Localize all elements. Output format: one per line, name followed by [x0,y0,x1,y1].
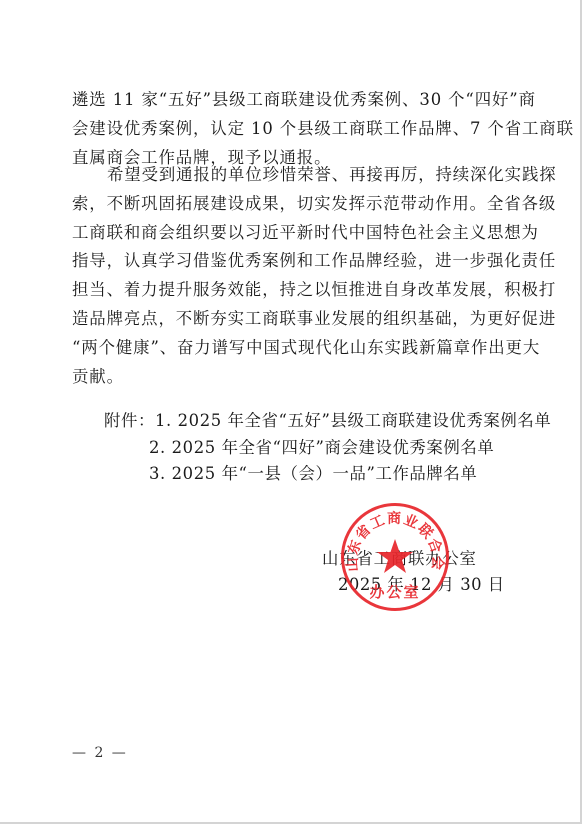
paragraph-expectations: 希望受到通报的单位珍惜荣誉、再接再厉，持续深化实践探 索，不断巩固拓展建设成果，… [72,161,512,391]
paragraph-notice-summary: 遴选 11 家“五好”县级工商联建设优秀案例、30 个“四好”商 会建设优秀案例… [72,86,512,172]
svg-text:办公室: 办公室 [369,583,420,601]
seal-icon: 山东省工商业联合会 办公室 [341,503,449,611]
paragraph-line: 造品牌亮点，不断夯实工商联事业发展的组织基础，为更好促进 [72,305,512,334]
paragraph-line: “两个健康”、奋力谱写中国式现代化山东实践新篇章作出更大 [72,334,512,363]
page-number: — 2 — [72,745,128,761]
star-icon [377,539,413,573]
attachments-label: 附件： [104,408,155,435]
paragraph-line: 指导，认真学习借鉴优秀案例和工作品牌经验，进一步强化责任 [72,247,512,276]
paragraph-line: 索，不断巩固拓展建设成果，切实发挥示范带动作用。全省各级 [72,190,512,219]
attachment-item: 3. 2025 年“一县（会）一品”工作品牌名单 [104,461,551,488]
paragraph-line: 工商联和商会组织要以习近平新时代中国特色社会主义思想为 [72,219,512,248]
attachment-item: 附件：1. 2025 年全省“五好”县级工商联建设优秀案例名单 [104,408,551,435]
attachment-title: 1. 2025 年全省“五好”县级工商联建设优秀案例名单 [155,411,551,430]
attachment-title: 2. 2025 年全省“四好”商会建设优秀案例名单 [149,438,494,457]
official-seal-stamp: 山东省工商业联合会 办公室 [341,503,449,611]
paragraph-line: 希望受到通报的单位珍惜荣誉、再接再厉，持续深化实践探 [72,161,512,190]
paragraph-line: 担当、着力提升服务效能，持之以恒推进自身改革发展，积极打 [72,276,512,305]
paragraph-line: 贡献。 [72,363,512,392]
document-page: 遴选 11 家“五好”县级工商联建设优秀案例、30 个“四好”商 会建设优秀案例… [0,0,582,824]
paragraph-line: 会建设优秀案例，认定 10 个县级工商联工作品牌、7 个省工商联 [72,115,512,144]
attachments-list: 附件：1. 2025 年全省“五好”县级工商联建设优秀案例名单 2. 2025 … [104,408,551,488]
paragraph-line: 遴选 11 家“五好”县级工商联建设优秀案例、30 个“四好”商 [72,86,512,115]
attachment-item: 2. 2025 年全省“四好”商会建设优秀案例名单 [104,435,551,462]
attachment-title: 3. 2025 年“一县（会）一品”工作品牌名单 [149,464,477,483]
